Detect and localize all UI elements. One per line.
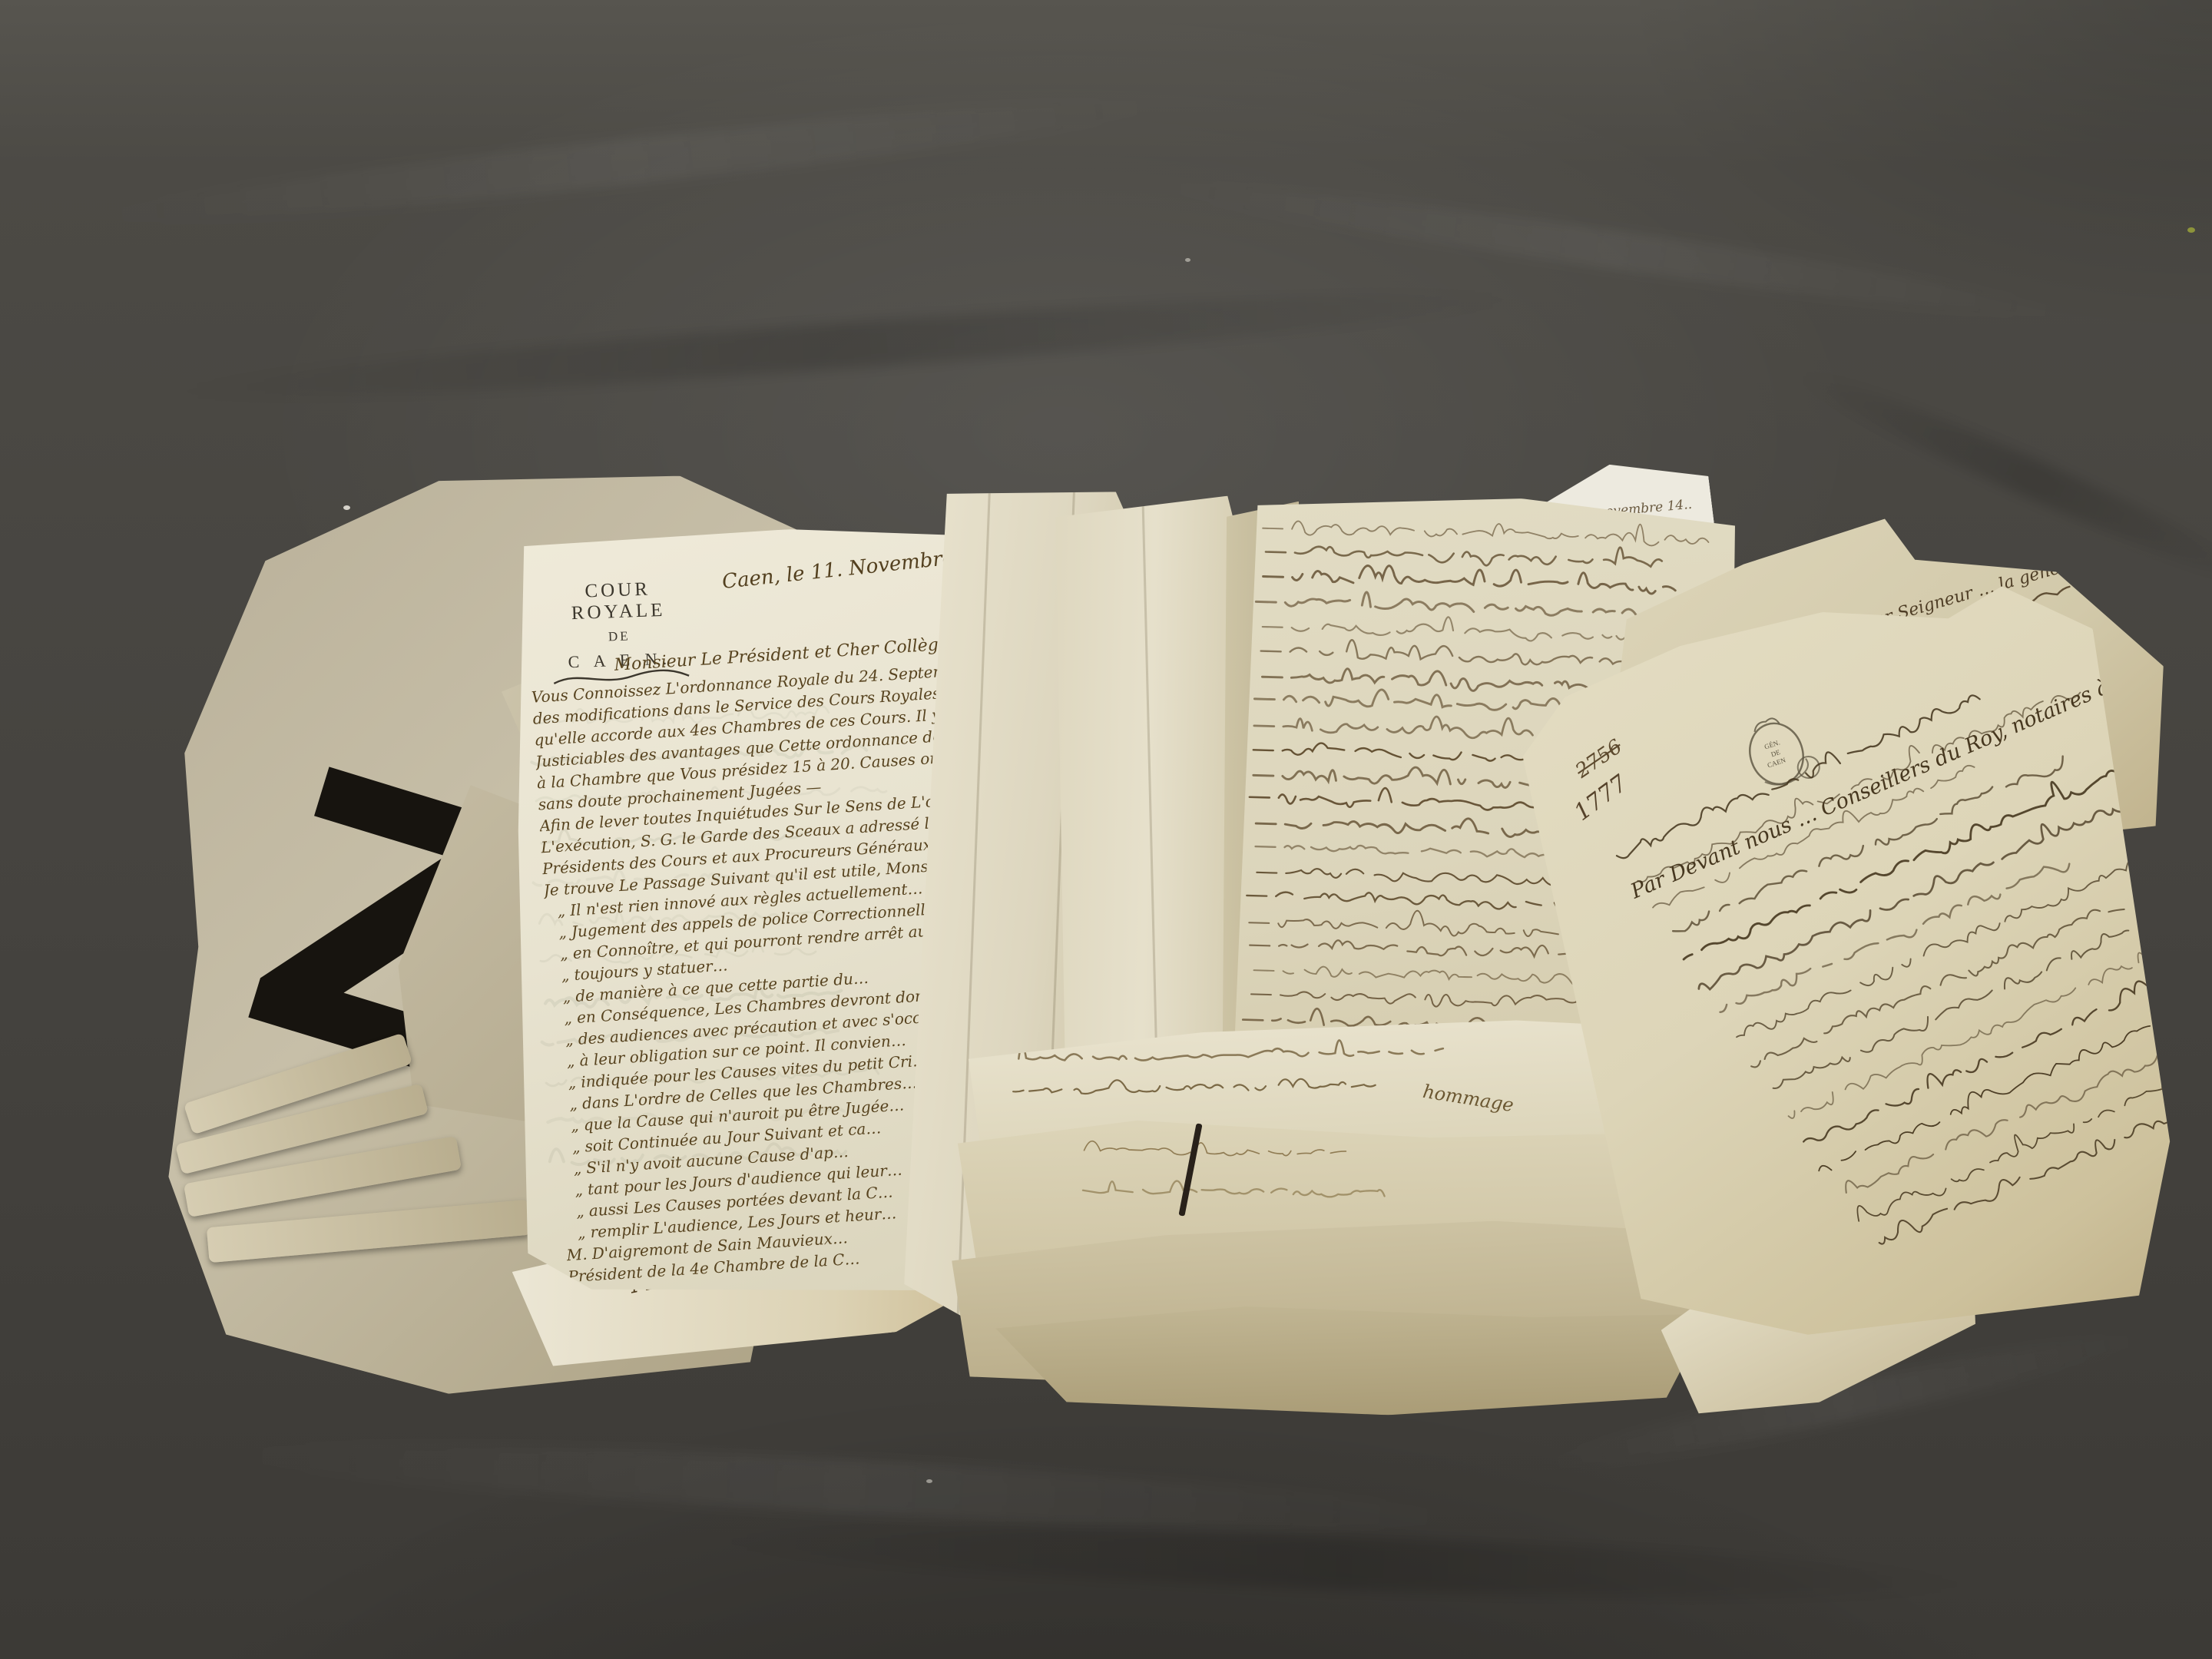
fabric-wrinkle-shadow (154, 274, 1536, 416)
letterhead-line1: COUR ROYALE (545, 578, 692, 626)
lint-speck (1185, 258, 1190, 262)
letterhead-line2: DE (546, 627, 693, 647)
plant-speck (2187, 227, 2195, 233)
fabric-wrinkle-highlight (93, 82, 1167, 240)
lint-speck (343, 505, 350, 510)
fabric-wrinkle-shadow (690, 1513, 1997, 1612)
lint-speck (926, 1479, 932, 1483)
curled-sheet-stack-layer (995, 1305, 1710, 1417)
photograph-of-archival-documents: Z M. Daigremont St. Mauvieux COUR ROYALE… (0, 0, 2212, 1659)
